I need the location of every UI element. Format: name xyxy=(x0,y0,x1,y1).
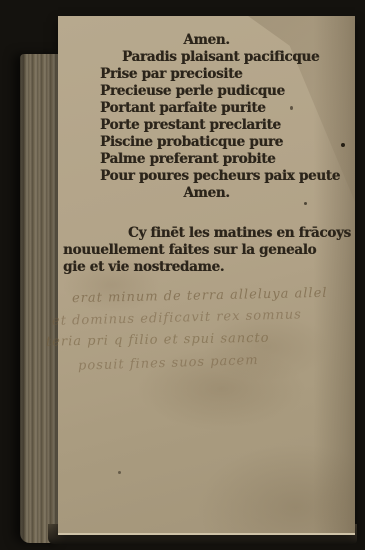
poem-line: Porte prestant preclarite xyxy=(100,117,355,134)
poem-line: Prise par preciosite xyxy=(100,66,355,83)
handwritten-annotation-line: posuit fines suos pacem xyxy=(78,349,365,373)
colophon-line: nouuellement faites sur la genealo xyxy=(63,242,355,259)
show-through-ghost-text xyxy=(88,394,318,418)
poem-line: Palme preferant probite xyxy=(100,151,355,168)
book-block-page-edges xyxy=(20,54,62,543)
book-scan-photo: { "poem": { "amen_top": "Amen.", "lines"… xyxy=(0,0,365,550)
poem-line: Piscine probaticque pure xyxy=(100,134,355,151)
amen-top: Amen. xyxy=(58,32,355,49)
handwritten-annotation-line: teria pri q filio et spui sancto xyxy=(46,329,343,349)
colophon-block: Cy finēt les matines en frācoys nouuelle… xyxy=(58,225,355,276)
printed-text-block: Amen. Paradis plaisant pacificque Prise … xyxy=(58,32,355,276)
colophon-line: gie et vie nostredame. xyxy=(63,259,355,276)
amen-bottom: Amen. xyxy=(58,185,355,202)
handwritten-annotation-line: et dominus edificavit rex somnus xyxy=(52,306,349,329)
ink-speck xyxy=(118,471,121,474)
book-page: Amen. Paradis plaisant pacificque Prise … xyxy=(58,16,355,533)
colophon-line: Cy finēt les matines en frācoys xyxy=(128,225,355,242)
poem-line: Paradis plaisant pacificque xyxy=(122,49,355,66)
poem-line: Portant parfaite purite xyxy=(100,100,355,117)
poem-line: Pour poures pecheurs paix peute xyxy=(100,168,355,185)
handwritten-annotation-line: erat minum de terra alleluya allel xyxy=(72,285,365,306)
poem-line: Precieuse perle pudicque xyxy=(100,83,355,100)
